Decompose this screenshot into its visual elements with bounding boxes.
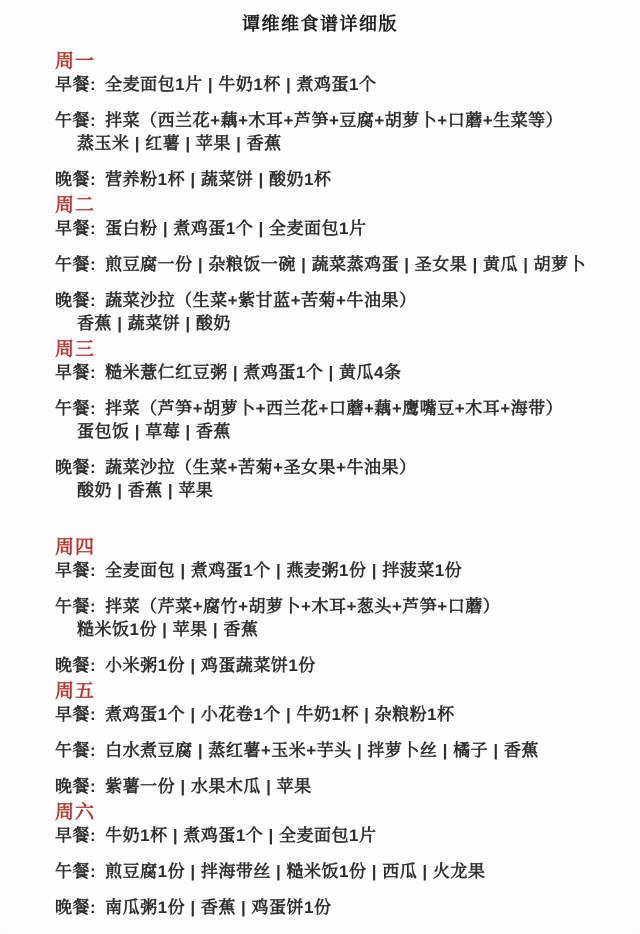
meal-line: 晚餐:紫薯一份 | 水果木瓜 | 苹果 bbox=[55, 775, 618, 798]
meal-label: 午餐: bbox=[55, 255, 96, 274]
meal-text: 蛋白粉 | 煮鸡蛋1个 | 全麦面包1片 bbox=[105, 219, 366, 238]
meal-text: 蔬菜沙拉（生菜+紫甘蓝+苦菊+牛油果） bbox=[105, 291, 416, 310]
meal-text: 白水煮豆腐 | 蒸红薯+玉米+芋头 | 拌萝卜丝 | 橘子 | 香蕉 bbox=[105, 741, 539, 760]
day-section-5: 周五早餐:煮鸡蛋1个 | 小花卷1个 | 牛奶1杯 | 杂粮粉1杯午餐:白水煮豆… bbox=[55, 682, 618, 798]
meal-breakfast: 早餐:全麦面包1片 | 牛奶1杯 | 煮鸡蛋1个 bbox=[55, 73, 618, 96]
meal-line: 早餐:煮鸡蛋1个 | 小花卷1个 | 牛奶1杯 | 杂粮粉1杯 bbox=[55, 703, 618, 726]
meal-line: 午餐:煎豆腐1份 | 拌海带丝 | 糙米饭1份 | 西瓜 | 火龙果 bbox=[55, 860, 618, 883]
meal-text: 蔬菜沙拉（生菜+苦菊+圣女果+牛油果） bbox=[105, 458, 416, 477]
meal-breakfast: 早餐:牛奶1杯 | 煮鸡蛋1个 | 全麦面包1片 bbox=[55, 824, 618, 847]
meal-line: 午餐:拌菜（芦笋+胡萝卜+西兰花+口蘑+藕+鹰嘴豆+木耳+海带） bbox=[55, 397, 618, 420]
meal-text: 拌菜（芹菜+腐竹+胡萝卜+木耳+葱头+芦笋+口蘑） bbox=[105, 597, 500, 616]
day-title: 周六 bbox=[55, 803, 618, 823]
meal-label: 晚餐: bbox=[55, 656, 96, 675]
page-title: 谭维维食谱详细版 bbox=[0, 12, 640, 36]
meal-text: 糙米薏仁红豆粥 | 煮鸡蛋1个 | 黄瓜4条 bbox=[105, 363, 401, 382]
day-section-4: 周四早餐:全麦面包 | 煮鸡蛋1个 | 燕麦粥1份 | 拌菠菜1份午餐:拌菜（芹… bbox=[55, 538, 618, 677]
meal-plan-content: 周一早餐:全麦面包1片 | 牛奶1杯 | 煮鸡蛋1个午餐:拌菜（西兰花+藕+木耳… bbox=[0, 52, 640, 919]
meal-dinner: 晚餐:蔬菜沙拉（生菜+紫甘蓝+苦菊+牛油果）香蕉 | 蔬菜饼 | 酸奶 bbox=[55, 289, 618, 335]
meal-lunch: 午餐:拌菜（芦笋+胡萝卜+西兰花+口蘑+藕+鹰嘴豆+木耳+海带）蛋包饭 | 草莓… bbox=[55, 397, 618, 443]
meal-text: 煎豆腐一份 | 杂粮饭一碗 | 蔬菜蒸鸡蛋 | 圣女果 | 黄瓜 | 胡萝卜 bbox=[105, 255, 586, 274]
meal-label: 晚餐: bbox=[55, 170, 96, 189]
meal-line: 早餐:全麦面包 | 煮鸡蛋1个 | 燕麦粥1份 | 拌菠菜1份 bbox=[55, 559, 618, 582]
day-title: 周二 bbox=[55, 196, 618, 216]
meal-line: 晚餐:蔬菜沙拉（生菜+苦菊+圣女果+牛油果） bbox=[55, 456, 618, 479]
meal-line: 早餐:牛奶1杯 | 煮鸡蛋1个 | 全麦面包1片 bbox=[55, 824, 618, 847]
meal-label: 晚餐: bbox=[55, 777, 96, 796]
day-title: 周三 bbox=[55, 340, 618, 360]
meal-label: 晚餐: bbox=[55, 458, 96, 477]
meal-line: 午餐:拌菜（芹菜+腐竹+胡萝卜+木耳+葱头+芦笋+口蘑） bbox=[55, 595, 618, 618]
meal-line: 早餐:蛋白粉 | 煮鸡蛋1个 | 全麦面包1片 bbox=[55, 217, 618, 240]
meal-text: 拌菜（西兰花+藕+木耳+芦笋+豆腐+胡萝卜+口蘑+生菜等） bbox=[105, 111, 563, 130]
meal-text: 全麦面包1片 | 牛奶1杯 | 煮鸡蛋1个 bbox=[105, 75, 376, 94]
meal-continuation: 蛋包饭 | 草莓 | 香蕉 bbox=[55, 420, 618, 443]
meal-lunch: 午餐:白水煮豆腐 | 蒸红薯+玉米+芋头 | 拌萝卜丝 | 橘子 | 香蕉 bbox=[55, 739, 618, 762]
meal-text: 小米粥1份 | 鸡蛋蔬菜饼1份 bbox=[105, 656, 316, 675]
meal-text: 南瓜粥1份 | 香蕉 | 鸡蛋饼1份 bbox=[105, 898, 331, 917]
meal-lunch: 午餐:拌菜（芹菜+腐竹+胡萝卜+木耳+葱头+芦笋+口蘑）糙米饭1份 | 苹果 |… bbox=[55, 595, 618, 641]
meal-line: 午餐:煎豆腐一份 | 杂粮饭一碗 | 蔬菜蒸鸡蛋 | 圣女果 | 黄瓜 | 胡萝… bbox=[55, 253, 618, 276]
meal-dinner: 晚餐:紫薯一份 | 水果木瓜 | 苹果 bbox=[55, 775, 618, 798]
meal-line: 晚餐:南瓜粥1份 | 香蕉 | 鸡蛋饼1份 bbox=[55, 896, 618, 919]
meal-text: 煎豆腐1份 | 拌海带丝 | 糙米饭1份 | 西瓜 | 火龙果 bbox=[105, 862, 485, 881]
meal-line: 晚餐:营养粉1杯 | 蔬菜饼 | 酸奶1杯 bbox=[55, 168, 618, 191]
meal-label: 午餐: bbox=[55, 597, 96, 616]
day-section-2: 周二早餐:蛋白粉 | 煮鸡蛋1个 | 全麦面包1片午餐:煎豆腐一份 | 杂粮饭一… bbox=[55, 196, 618, 335]
meal-label: 晚餐: bbox=[55, 898, 96, 917]
day-title: 周五 bbox=[55, 682, 618, 702]
meal-continuation: 糙米饭1份 | 苹果 | 香蕉 bbox=[55, 618, 618, 641]
meal-label: 早餐: bbox=[55, 363, 96, 382]
meal-line: 午餐:拌菜（西兰花+藕+木耳+芦笋+豆腐+胡萝卜+口蘑+生菜等） bbox=[55, 109, 618, 132]
meal-line: 晚餐:蔬菜沙拉（生菜+紫甘蓝+苦菊+牛油果） bbox=[55, 289, 618, 312]
meal-label: 早餐: bbox=[55, 705, 96, 724]
meal-label: 早餐: bbox=[55, 561, 96, 580]
meal-label: 晚餐: bbox=[55, 291, 96, 310]
meal-dinner: 晚餐:小米粥1份 | 鸡蛋蔬菜饼1份 bbox=[55, 654, 618, 677]
meal-label: 午餐: bbox=[55, 111, 96, 130]
meal-dinner: 晚餐:南瓜粥1份 | 香蕉 | 鸡蛋饼1份 bbox=[55, 896, 618, 919]
meal-label: 午餐: bbox=[55, 399, 96, 418]
meal-text: 牛奶1杯 | 煮鸡蛋1个 | 全麦面包1片 bbox=[105, 826, 376, 845]
meal-lunch: 午餐:煎豆腐1份 | 拌海带丝 | 糙米饭1份 | 西瓜 | 火龙果 bbox=[55, 860, 618, 883]
meal-lunch: 午餐:拌菜（西兰花+藕+木耳+芦笋+豆腐+胡萝卜+口蘑+生菜等）蒸玉米 | 红薯… bbox=[55, 109, 618, 155]
meal-label: 早餐: bbox=[55, 826, 96, 845]
meal-text: 紫薯一份 | 水果木瓜 | 苹果 bbox=[105, 777, 311, 796]
meal-continuation: 香蕉 | 蔬菜饼 | 酸奶 bbox=[55, 312, 618, 335]
meal-label: 午餐: bbox=[55, 741, 96, 760]
day-section-1: 周一早餐:全麦面包1片 | 牛奶1杯 | 煮鸡蛋1个午餐:拌菜（西兰花+藕+木耳… bbox=[55, 52, 618, 191]
meal-text: 拌菜（芦笋+胡萝卜+西兰花+口蘑+藕+鹰嘴豆+木耳+海带） bbox=[105, 399, 563, 418]
day-title: 周一 bbox=[55, 52, 618, 72]
document-page: 谭维维食谱详细版 周一早餐:全麦面包1片 | 牛奶1杯 | 煮鸡蛋1个午餐:拌菜… bbox=[0, 0, 640, 934]
meal-text: 全麦面包 | 煮鸡蛋1个 | 燕麦粥1份 | 拌菠菜1份 bbox=[105, 561, 462, 580]
meal-line: 早餐:糙米薏仁红豆粥 | 煮鸡蛋1个 | 黄瓜4条 bbox=[55, 361, 618, 384]
day-section-3: 周三早餐:糙米薏仁红豆粥 | 煮鸡蛋1个 | 黄瓜4条午餐:拌菜（芦笋+胡萝卜+… bbox=[55, 340, 618, 502]
meal-line: 午餐:白水煮豆腐 | 蒸红薯+玉米+芋头 | 拌萝卜丝 | 橘子 | 香蕉 bbox=[55, 739, 618, 762]
meal-lunch: 午餐:煎豆腐一份 | 杂粮饭一碗 | 蔬菜蒸鸡蛋 | 圣女果 | 黄瓜 | 胡萝… bbox=[55, 253, 618, 276]
meal-label: 早餐: bbox=[55, 219, 96, 238]
meal-line: 早餐:全麦面包1片 | 牛奶1杯 | 煮鸡蛋1个 bbox=[55, 73, 618, 96]
day-title: 周四 bbox=[55, 538, 618, 558]
meal-dinner: 晚餐:蔬菜沙拉（生菜+苦菊+圣女果+牛油果）酸奶 | 香蕉 | 苹果 bbox=[55, 456, 618, 502]
meal-text: 煮鸡蛋1个 | 小花卷1个 | 牛奶1杯 | 杂粮粉1杯 bbox=[105, 705, 454, 724]
meal-label: 早餐: bbox=[55, 75, 96, 94]
meal-dinner: 晚餐:营养粉1杯 | 蔬菜饼 | 酸奶1杯 bbox=[55, 168, 618, 191]
meal-line: 晚餐:小米粥1份 | 鸡蛋蔬菜饼1份 bbox=[55, 654, 618, 677]
meal-breakfast: 早餐:煮鸡蛋1个 | 小花卷1个 | 牛奶1杯 | 杂粮粉1杯 bbox=[55, 703, 618, 726]
meal-continuation: 蒸玉米 | 红薯 | 苹果 | 香蕉 bbox=[55, 132, 618, 155]
meal-label: 午餐: bbox=[55, 862, 96, 881]
meal-breakfast: 早餐:糙米薏仁红豆粥 | 煮鸡蛋1个 | 黄瓜4条 bbox=[55, 361, 618, 384]
meal-breakfast: 早餐:蛋白粉 | 煮鸡蛋1个 | 全麦面包1片 bbox=[55, 217, 618, 240]
meal-continuation: 酸奶 | 香蕉 | 苹果 bbox=[55, 479, 618, 502]
meal-breakfast: 早餐:全麦面包 | 煮鸡蛋1个 | 燕麦粥1份 | 拌菠菜1份 bbox=[55, 559, 618, 582]
day-section-6: 周六早餐:牛奶1杯 | 煮鸡蛋1个 | 全麦面包1片午餐:煎豆腐1份 | 拌海带… bbox=[55, 803, 618, 919]
meal-text: 营养粉1杯 | 蔬菜饼 | 酸奶1杯 bbox=[105, 170, 331, 189]
